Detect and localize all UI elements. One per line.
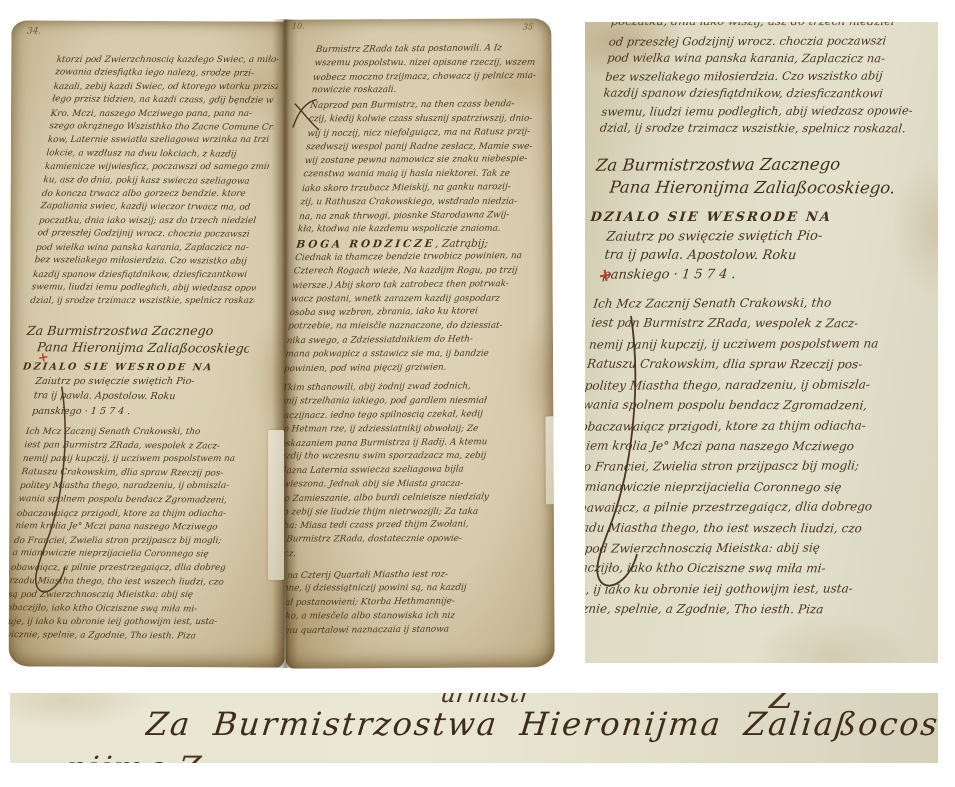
manuscript-page-right: 10. 35 Burmistrz ZRada tak sta postanowi… <box>282 18 554 668</box>
text-line: iako skoro trzubacz Mieiskij, na ganku n… <box>301 181 530 197</box>
text-line: swemu, liudzi iemu podległich, abij wied… <box>31 281 256 296</box>
text-line: obaczawaiącz przigodi, ktore za thijm od… <box>16 508 232 522</box>
text-line: wiersze.) Abij skoro tak zatrobecz then … <box>291 278 520 294</box>
detail-dateline: DZIALO SIE WESRODE NA Zaiutrz po swięczi… <box>585 208 913 284</box>
text-line: potrzebie, na mieisčle naznaczone, do dz… <box>287 320 516 334</box>
text-line: swemu, liudzi iemu podległich, abij wied… <box>601 102 925 121</box>
text-line: wicznie, spelnie, a Zgodnie, Tho iesth. … <box>585 599 872 620</box>
red-cross-margin-mark: + <box>37 350 50 367</box>
right-page-watch-paragraph: Naprzod pan Burmistrz, na then czass ben… <box>297 99 539 238</box>
text-line: panskiego · 1 5 7 4 . <box>31 404 243 419</box>
text-line: niem krolia Je° Mczi pana naszego Mcziwe… <box>585 436 889 457</box>
magnified-detail-panel: poczatku, dnia iako wiszij; asz do trzec… <box>585 22 938 663</box>
text-line: Zaiutrz po swięczie swiętich Pio- <box>605 226 911 246</box>
text-line: są pod Zwierzchnosczią Mieistka: abij si… <box>585 537 879 559</box>
detail-body-text: od przeszłej Godzijnij wrocz. choczia po… <box>599 33 932 139</box>
clipped-bottom-fragment: nijma Z <box>64 749 205 763</box>
text-line: do Franciei, Zwielia stron przijpascz bi… <box>585 456 887 478</box>
text-line: rzadu Miastha thego, tho iest wszech liu… <box>585 517 881 538</box>
text-line: Ich Mcz Zacznij Senath Crakowski, tho <box>25 426 241 440</box>
left-page-section-heading: Za Burmistrzostwa ZacznegoPana Hieronijm… <box>24 321 252 356</box>
text-line: pod wielka wina panska karania, Zaplaczi… <box>606 50 930 68</box>
repair-tape-edge <box>545 416 554 504</box>
text-line: Czterech Rogach wieże, Na kazdijm Rogu, … <box>293 265 522 279</box>
heading-line: Za Burmistrzostwa Zacznego <box>26 322 252 339</box>
left-page-resolution-paragraph: Ich Mcz Zacznij Senath Crakowski, thoies… <box>9 426 241 644</box>
text-line: Ciednak ia thamcze bendzie trwobicz powi… <box>294 250 523 266</box>
text-line: kamienicze wijwiesficz, poczawszi od sam… <box>44 161 270 174</box>
text-line: do Franciei, Zwielia stron przijpascz bi… <box>13 535 229 549</box>
text-line: kła, ktodwa nie kazdemu wspoliczie znaio… <box>297 223 526 237</box>
text-line: obaczijło, iako ktho Oicziszne swą miła … <box>9 602 222 617</box>
text-line: dzial, ij srodze trzimacz wszistkie, spe… <box>599 120 923 138</box>
text-line: kazdij spanow dziesfiątdnikow, dziesficz… <box>603 85 927 103</box>
manuscript-photo-collage: 34. ktorzi pod Zwierzchnoscią kazdego Sw… <box>0 0 955 787</box>
right-page-watch-paragraph-2: Ciednak ia thamcze bendzie trwobicz powi… <box>283 251 523 376</box>
text-line: raz tilko, a miesčela albo stanowiska ic… <box>282 610 487 624</box>
heading-line: Pana Hieronijma Zaliaßocoskiego. <box>36 338 250 356</box>
text-line: politey Miastha thego, naradzeniu, ij ob… <box>585 374 896 396</box>
text-line: iest pan Burmistrz ZRada, wespolek z Zac… <box>24 439 239 454</box>
text-line: luje, ij iako ku obronie ieij gothowijm … <box>9 616 220 630</box>
text-line: quartał postanowieni; Ktorba Hethmannije… <box>282 595 489 611</box>
page-number-left: 34. <box>26 26 41 36</box>
left-page-body-text: ktorzi pod Zwierzchnoscią kazdego Swiec,… <box>29 54 281 310</box>
strip-heading-line: Za Burmistrzostwa Hieronijma Zaliaßocosk… <box>144 705 938 743</box>
left-page-dateline: DZIALO SIE WESRODE NA Zaiutrz po swięczi… <box>17 360 247 419</box>
right-page-order-paragraph: Tkim sthanowili, abij żodnij zwad żodnic… <box>282 381 510 562</box>
text-line: bez wszeliakego miłosierdzia. Czo wszist… <box>604 67 928 86</box>
text-line: tra ij pawla. Apostolow. Roku <box>603 246 909 266</box>
text-line: niem krolia Je° Mczi pana naszego Mcziwe… <box>15 520 230 535</box>
text-line: nemij panij kupczij, ij ucziwem pospolst… <box>22 453 238 467</box>
repair-tape-gutter <box>268 430 284 580</box>
text-line: Zapaliania swiec, kazdij wieczor trwacz … <box>40 201 265 216</box>
text-line: kazdij spanow dziesfiątdnikow, dziesficz… <box>32 268 258 281</box>
text-line: mana pokwapicz a sstawicz sie ma, ij ban… <box>285 348 514 362</box>
text-line: obaczijło, iako ktho Oicziszne swą miła … <box>585 558 877 579</box>
text-line: wij ij noczij, nicz niefolguiącz, ma na … <box>307 126 536 142</box>
text-line: zij, u Rathusza Crakowskiego, wstdrado n… <box>300 195 529 209</box>
text-line: rzadu Miastha thego, tho iest wszech liu… <box>9 575 224 590</box>
text-line: Ich Mcz Zacznij Senath Crakowski, tho <box>592 292 904 314</box>
text-line: wszemu pospolstwu. nizei opisane rzeczij… <box>314 56 543 70</box>
text-line: obawaiącz, a pilnie przestrzegaiącz, dli… <box>585 496 883 518</box>
text-line: dzial, ij srodze trzimacz wszistkie, spe… <box>29 295 255 308</box>
text-line: zelazna Laternia sswiecza szeliagowa bij… <box>282 463 502 479</box>
text-line: wania spolnem pospolu bendacz Zgromadzen… <box>585 395 894 416</box>
text-line: pod wielka wina panska karania, Zaplaczi… <box>35 242 261 255</box>
text-line: obawaiącz, a pilnie przestrzegaiącz, dli… <box>10 562 226 576</box>
right-page-intro: Burmistrz ZRada tak sta postanowili. A I… <box>311 42 545 98</box>
dateline-caps: DZIALO SIE WESRODE NA <box>22 360 248 376</box>
text-line: nowiczie roskazali. <box>311 84 540 98</box>
text-line: iako Zamieszanie, albo burdi celnieisze … <box>282 491 499 507</box>
detail-resolution-paragraph: Ich Mcz Zacznij Senath Crakowski, thoies… <box>585 293 905 620</box>
text-line: Burmistrz ZRada tak sta postanowili. A I… <box>315 42 544 58</box>
text-line: obaczawaiącz przigodi, ktore za thijm od… <box>585 415 892 437</box>
text-line: Zaiutrz po swięczie swiętich Pio- <box>34 375 246 390</box>
text-line: powinien, pod wina pięczij grziwien. <box>283 361 512 377</box>
text-line: iest pan Burmistrz ZRada, wespolek z Zac… <box>590 313 902 334</box>
text-line: lokcie, a wzdłusz na dwu lokciach, z kaz… <box>46 147 271 162</box>
text-line: Kro. Mczi, naszego Mcziwego pana, pana n… <box>50 108 276 121</box>
text-line: Ratuszu Crakowskim, dlia spraw Rzeczij p… <box>21 466 236 481</box>
magnified-heading-strip: urmistr Z Za Burmistrzostwa Hieronijma Z… <box>10 693 938 763</box>
heading-line: Pana Hieronijma Zaliaßocoskiego. <box>608 176 916 200</box>
text-line: go Hetman rze, ij zdziessiatnikij obwoła… <box>282 423 506 437</box>
text-line: ktorzi pod Zwierzchnoscią kazdego Swiec,… <box>56 54 282 67</box>
text-line: a mianowiczie nieprzijacielia Coronnego … <box>585 476 885 497</box>
folio-number: 10. <box>291 22 305 31</box>
page-number-right: 35 <box>522 22 533 31</box>
text-line: ku, asz do dnia, pokij kasz swiecza szel… <box>43 174 268 189</box>
text-line: kow, Laternie sswiatła szeliagowa wrzink… <box>47 134 273 147</box>
manuscript-page-left: 34. ktorzi pod Zwierzchnoscią kazdego Sw… <box>9 20 288 667</box>
text-line: do koncza trwacz albo gorzecz bendzie. k… <box>41 188 267 201</box>
heading-line: Za Burmistrzostwa Zacznego <box>595 152 919 176</box>
text-line: politey Miastha thego, naradzeniu, ij ob… <box>19 480 235 494</box>
text-line: poczatku, dnia iako wiszij; asz do trzec… <box>38 215 264 228</box>
text-line: luje, ij iako ku obronie ieij gothowijm … <box>585 578 875 600</box>
text-line: nika swego, a Zdziessiatdnikiem do Heth- <box>286 333 515 349</box>
dateline-lines: Zaiutrz po swięczie swiętich Pio-tra ij … <box>31 375 246 420</box>
hymn-tail: , Zatrąbij; <box>435 238 489 250</box>
text-line: od przeszłej Godzijnij wrocz. choczia po… <box>37 228 262 243</box>
text-line: Naprzod pan Burmistrz, na then czass ben… <box>309 98 538 114</box>
text-line: panskiego · 1 5 7 4 . <box>601 264 907 284</box>
text-line: dziecz. <box>282 546 494 562</box>
text-line: są pod Zwierzchnosczią Mieistka: abij si… <box>9 589 223 603</box>
text-line: pan Burmistrz ZRada, dostatecznie opowie… <box>282 533 495 547</box>
clipped-top-line: poczatku, dnia iako wiszij; asz do trzec… <box>610 22 934 31</box>
dateline-lines: Zaiutrz po swięczie swiętich Pio-tra ij … <box>601 227 911 284</box>
text-line: zaczijnacz. iedno tego spilnoscią czekał… <box>282 408 508 424</box>
text-line: czenstwa wania maią ij hasla niektorei. … <box>303 168 532 182</box>
text-line: kazali, zebij kazdi Swiec, od ktorego wt… <box>53 81 279 94</box>
text-line: szego okrążnego Wszisthko tho Zacne Comu… <box>48 120 273 135</box>
text-line: a mianowiczie nieprzijacielia Coronnego … <box>12 548 227 563</box>
text-line: od przeszłej Godzijnij wrocz. choczia po… <box>608 32 932 51</box>
text-line: wiwieszona. Jednak abij sie Miasta gracz… <box>282 478 501 492</box>
text-line: łego przisz tidzien, na kazdi czass, gdi… <box>51 94 276 109</box>
text-line: wania spolnem pospolu bendacz Zgromadzen… <box>18 493 233 508</box>
text-line: nemij panij kupczij, ij ucziwem pospolst… <box>588 333 900 355</box>
dateline-caps: DZIALO SIE WESRODE NA <box>589 208 913 227</box>
hymn-caps: BOGA RODZICZE <box>296 238 436 251</box>
text-line: anij strzelhania iakiego, pod gardlem ni… <box>282 395 509 409</box>
right-page-quarter-paragraph: A isz na Czterij Quartałi Miastho iest r… <box>282 568 492 638</box>
text-line: czij, kiedij kolwie czass słusznij spatr… <box>308 113 537 127</box>
text-line: kazdemu quartalowi naznaczaia ij stanowa <box>282 623 486 639</box>
text-line: Ratuszu Crakowskim, dlia spraw Rzeczij p… <box>586 354 898 375</box>
detail-section-heading: Za Burmistrzostwa ZacznegoPana Hieronijm… <box>592 153 919 199</box>
text-line: bez wszeliakego miłosierdzia. Czo wszist… <box>34 254 259 269</box>
text-line: zowania dziesfiątka iego nalezą, srodze … <box>54 67 279 82</box>
text-line: tra ij pawla. Apostolow. Roku <box>33 389 245 405</box>
text-line: wicznie, spelnie, a Zgodnie, Tho iesth. … <box>9 629 219 644</box>
